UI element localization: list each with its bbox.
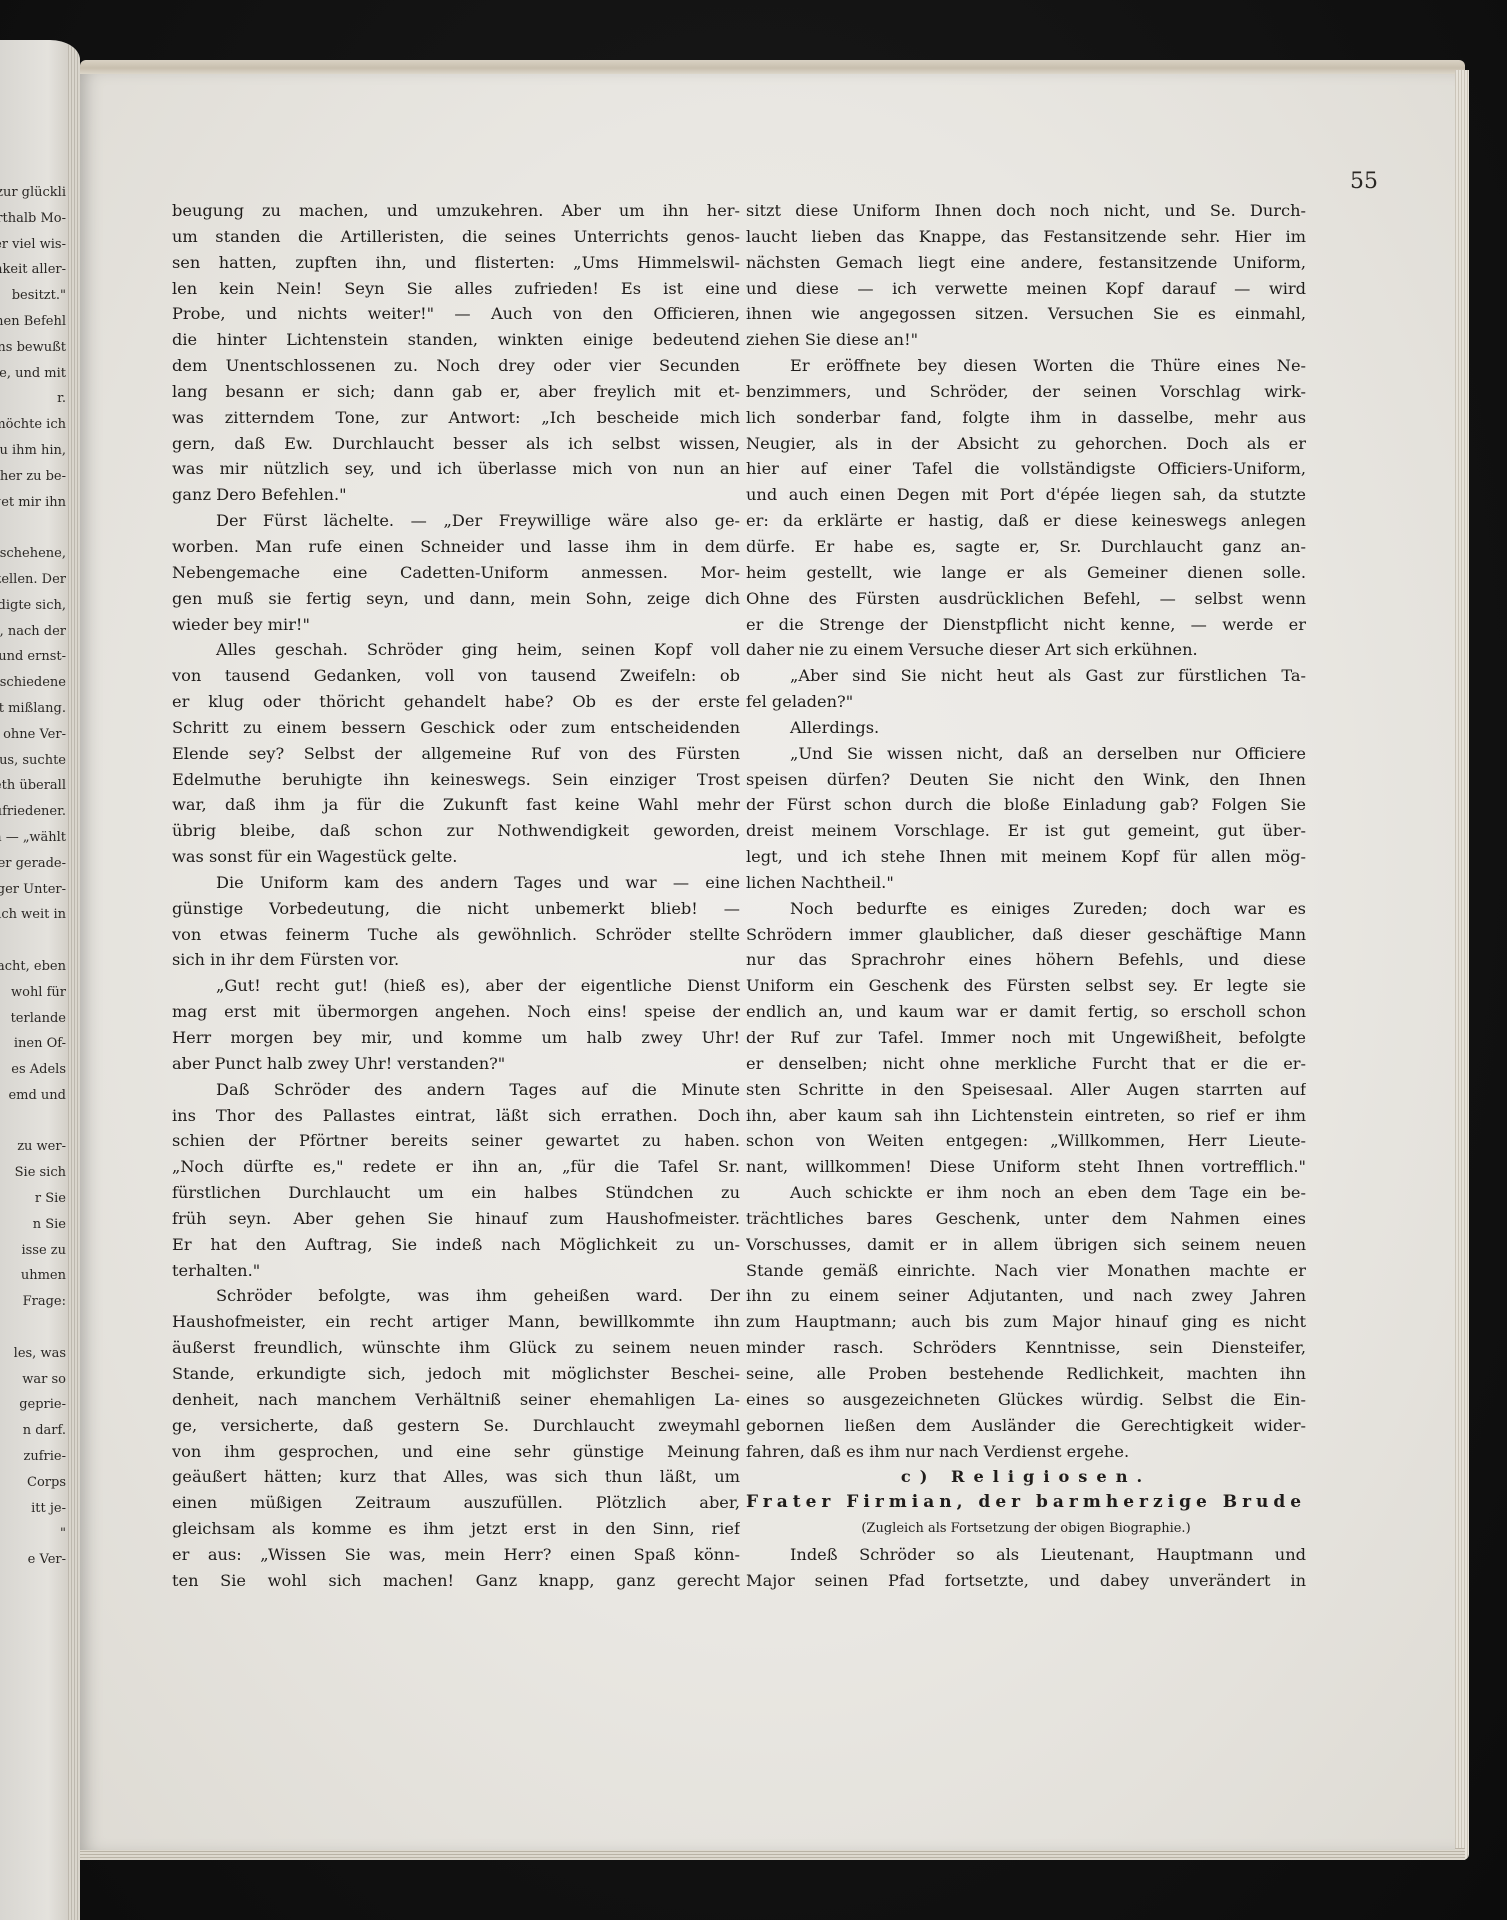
page-gutter-edge — [68, 40, 80, 1920]
text-line: er klug oder thöricht gehandelt habe? Ob… — [172, 689, 740, 715]
text-line: dreist meinem Vorschlage. Er ist gut gem… — [746, 818, 1306, 844]
fragment-line: terlande — [0, 1006, 66, 1032]
text-line: gen muß sie fertig seyn, und dann, mein … — [172, 586, 740, 612]
right-column-body: sitzt diese Uniform Ihnen doch noch nich… — [746, 198, 1306, 1464]
text-line: ziehen Sie diese an!" — [746, 327, 1306, 353]
text-line: die hinter Lichtenstein standen, winkten… — [172, 327, 740, 353]
text-line: legt, und ich stehe Ihnen mit meinem Kop… — [746, 844, 1306, 870]
fragment-line: lich weit in — [0, 902, 66, 928]
text-line: „Noch dürfte es," redete er ihn an, „für… — [172, 1154, 740, 1180]
text-line: fahren, daß es ihm nur nach Verdienst er… — [746, 1439, 1306, 1465]
text-line: ge, versicherte, daß gestern Se. Durchla… — [172, 1413, 740, 1439]
fragment-line: zu wer- — [0, 1134, 66, 1160]
fragment-line: ufriedener. — [0, 799, 66, 825]
fragment-line: get mir ihn — [0, 490, 66, 516]
fragment-line: inen Of- — [0, 1031, 66, 1057]
text-line: und auch einen Degen mit Port d'épée lie… — [746, 482, 1306, 508]
article-subtitle: (Zugleich als Fortsetzung der obigen Bio… — [746, 1516, 1306, 1542]
fragment-line: uhmen — [0, 1263, 66, 1289]
article-opening-lines: Indeß Schröder so als Lieutenant, Hauptm… — [746, 1542, 1306, 1594]
text-line: gern, daß Ew. Durchlaucht besser als ich… — [172, 431, 740, 457]
text-line: sitzt diese Uniform Ihnen doch noch nich… — [746, 198, 1306, 224]
text-line: günstige Vorbedeutung, die nicht unbemer… — [172, 896, 740, 922]
text-line: Neugier, als in der Absicht zu gehorchen… — [746, 431, 1306, 457]
text-line: war, daß ihm ja für die Zukunft fast kei… — [172, 792, 740, 818]
fragment-line: en, nach der — [0, 619, 66, 645]
text-line: Er eröffnete bey diesen Worten die Thüre… — [746, 353, 1306, 379]
text-line: endlich an, und kaum war er damit fertig… — [746, 999, 1306, 1025]
text-line: früh seyn. Aber gehen Sie hinauf zum Hau… — [172, 1206, 740, 1232]
fragment-line: eth überall — [0, 773, 66, 799]
fragment-line: ld und ernst- — [0, 644, 66, 670]
fragment-line — [0, 1109, 66, 1135]
text-line: fel geladen?" — [746, 689, 1306, 715]
text-line: speisen dürfen? Deuten Sie nicht den Win… — [746, 767, 1306, 793]
text-line: ihn, aber kaum sah ihn Lichtenstein eint… — [746, 1103, 1306, 1129]
text-line: worben. Man rufe einen Schneider und las… — [172, 534, 740, 560]
fragment-line: wohl für — [0, 980, 66, 1006]
text-line: Die Uniform kam des andern Tages und war… — [172, 870, 740, 896]
text-line: von ihm gesprochen, und eine sehr günsti… — [172, 1439, 740, 1465]
text-line: Er hat den Auftrag, Sie indeß nach Mögli… — [172, 1232, 740, 1258]
fragment-line: aus, suchte — [0, 748, 66, 774]
text-line: ins Thor des Pallastes eintrat, läßt sic… — [172, 1103, 740, 1129]
right-text-column: sitzt diese Uniform Ihnen doch noch nich… — [746, 198, 1306, 1594]
fragment-line: ustellen. Der — [0, 567, 66, 593]
text-line: trächtliches bares Geschenk, unter dem N… — [746, 1206, 1306, 1232]
text-line: heim gestellt, wie lange er als Gemeiner… — [746, 560, 1306, 586]
text-line: Daß Schröder des andern Tages auf die Mi… — [172, 1077, 740, 1103]
text-line: wieder bey mir!" — [172, 612, 740, 638]
text-line: Herr morgen bey mir, und komme um halb z… — [172, 1025, 740, 1051]
text-line: Uniform ein Geschenk des Fürsten selbst … — [746, 973, 1306, 999]
text-line: gleichsam als komme es ihm jetzt erst in… — [172, 1516, 740, 1542]
text-line: ihn zu einem seiner Adjutanten, und nach… — [746, 1283, 1306, 1309]
text-line: Ohne des Fürsten ausdrücklichen Befehl, … — [746, 586, 1306, 612]
text-line: hier auf einer Tafel die vollständigste … — [746, 456, 1306, 482]
text-line: ihnen wie angegossen sitzen. Versuchen S… — [746, 301, 1306, 327]
text-line: Allerdings. — [746, 715, 1306, 741]
text-line: übrig bleibe, daß schon zur Nothwendigke… — [172, 818, 740, 844]
text-line: Haushofmeister, ein recht artiger Mann, … — [172, 1309, 740, 1335]
text-line: ten Sie wohl sich machen! Ganz knapp, ga… — [172, 1568, 740, 1594]
text-line: ganz Dero Befehlen." — [172, 482, 740, 508]
fragment-line: war so — [0, 1367, 66, 1393]
text-line: was mir nützlich sey, und ich überlasse … — [172, 456, 740, 482]
text-line: äußerst freundlich, wünschte ihm Glück z… — [172, 1335, 740, 1361]
book-page: 55 beugung zu machen, und umzukehren. Ab… — [80, 74, 1455, 1850]
text-line: lichen Nachtheil." — [746, 870, 1306, 896]
previous-page-text-fragment: hr zur glücklinderthalb Mo-, der viel wi… — [0, 180, 66, 1573]
fragment-line: zufrie- — [0, 1444, 66, 1470]
text-line: geäußert hätten; kurz that Alles, was si… — [172, 1464, 740, 1490]
text-line: dürfe. Er habe es, sagte er, Sr. Durchla… — [746, 534, 1306, 560]
fragment-line: r. — [0, 386, 66, 412]
text-line: was zitterndem Tone, zur Antwort: „Ich b… — [172, 405, 740, 431]
text-line: Stande gemäß einrichte. Nach vier Monath… — [746, 1258, 1306, 1284]
text-line: dem Unentschlossenen zu. Noch drey oder … — [172, 353, 740, 379]
text-line: Edelmuthe beruhigte ihn keineswegs. Sein… — [172, 767, 740, 793]
text-line: Schröder befolgte, was ihm geheißen ward… — [172, 1283, 740, 1309]
previous-page-edge: hr zur glücklinderthalb Mo-, der viel wi… — [0, 40, 80, 1920]
text-line: aber Punct halb zwey Uhr! verstanden?" — [172, 1051, 740, 1077]
fragment-line: seinen Befehl — [0, 309, 66, 335]
text-line: eines so ausgezeichneten Glückes würdig.… — [746, 1387, 1306, 1413]
text-line: schien der Pförtner bereits seiner gewar… — [172, 1128, 740, 1154]
text-line: der Ruf zur Tafel. Immer noch mit Ungewi… — [746, 1025, 1306, 1051]
text-line: fürstlichen Durchlaucht um ein halbes St… — [172, 1180, 740, 1206]
fragment-line: Geschehene, — [0, 541, 66, 567]
text-line: benzimmers, und Schröder, der seinen Vor… — [746, 379, 1306, 405]
text-line: er die Strenge der Dienstpflicht nicht k… — [746, 612, 1306, 638]
fragment-line: undigte sich, — [0, 593, 66, 619]
fragment-line: e Ver- — [0, 1547, 66, 1573]
text-line: der Fürst schon durch die bloße Einladun… — [746, 792, 1306, 818]
fragment-line: nderthalb Mo- — [0, 206, 66, 232]
fragment-line: besitzt." — [0, 283, 66, 309]
text-line: Alles geschah. Schröder ging heim, seine… — [172, 637, 740, 663]
text-line: mag erst mit übermorgen angehen. Noch ei… — [172, 999, 740, 1025]
text-line: schon von Weiten entgegen: „Willkommen, … — [746, 1128, 1306, 1154]
fragment-line: verschiedene — [0, 670, 66, 696]
fragment-line: emd und — [0, 1083, 66, 1109]
text-line: von etwas feinerm Tuche als gewöhnlich. … — [172, 922, 740, 948]
text-line: Stande, erkundigte sich, jedoch mit mögl… — [172, 1361, 740, 1387]
fragment-line: es Adels — [0, 1057, 66, 1083]
text-line: zum Hauptmann; auch bis zum Major hinauf… — [746, 1309, 1306, 1335]
fragment-line: zu ihm hin, — [0, 438, 66, 464]
text-line: er denselben; nicht ohne merkliche Furch… — [746, 1051, 1306, 1077]
text-line: er: da erklärte er hastig, daß er diese … — [746, 508, 1306, 534]
text-line: von tausend Gedanken, voll von tausend Z… — [172, 663, 740, 689]
text-line: was sonst für ein Wagestück gelte. — [172, 844, 740, 870]
fragment-line: ohne Ver- — [0, 722, 66, 748]
text-line: „Und Sie wissen nicht, daß an derselben … — [746, 741, 1306, 767]
text-line: Schritt zu einem bessern Geschick oder z… — [172, 715, 740, 741]
text-line: Elende sey? Selbst der allgemeine Ruf vo… — [172, 741, 740, 767]
fragment-line: hr zur glückli — [0, 180, 66, 206]
fragment-line — [0, 1315, 66, 1341]
text-line: beugung zu machen, und umzukehren. Aber … — [172, 198, 740, 224]
text-line: Probe, und nichts weiter!" — Auch von de… — [172, 301, 740, 327]
fragment-line: isse zu — [0, 1238, 66, 1264]
fragment-line: ber gerade- — [0, 851, 66, 877]
fragment-line: n Sie — [0, 1212, 66, 1238]
page-stack-right-edge — [1455, 70, 1469, 1860]
text-line: daher nie zu einem Versuche dieser Art s… — [746, 637, 1306, 663]
fragment-line: ger Unter- — [0, 877, 66, 903]
fragment-line: Corps — [0, 1470, 66, 1496]
fragment-line: acht, eben — [0, 954, 66, 980]
text-line: nächsten Gemach liegt eine andere, festa… — [746, 250, 1306, 276]
fragment-line: Sie sich — [0, 1160, 66, 1186]
text-line: er aus: „Wissen Sie was, mein Herr? eine… — [172, 1542, 740, 1568]
text-line: „Aber sind Sie nicht heut als Gast zur f… — [746, 663, 1306, 689]
text-line: Indeß Schröder so als Lieutenant, Hauptm… — [746, 1542, 1306, 1568]
text-line: terhalten." — [172, 1258, 740, 1284]
text-line: gebornen ließen dem Ausländer die Gerech… — [746, 1413, 1306, 1439]
section-heading: c) Religiosen. — [746, 1464, 1306, 1490]
fragment-line: les, was — [0, 1341, 66, 1367]
fragment-line: Frage: — [0, 1289, 66, 1315]
text-line: Noch bedurfte es einiges Zureden; doch w… — [746, 896, 1306, 922]
page-number: 55 — [1350, 169, 1378, 194]
fragment-line: t mißlang. — [0, 696, 66, 722]
text-line: Der Fürst lächelte. — „Der Freywillige w… — [172, 508, 740, 534]
fragment-line — [0, 928, 66, 954]
text-line: nur das Sprachrohr eines höhern Befehls,… — [746, 947, 1306, 973]
fragment-line: ndlichkeit aller- — [0, 257, 66, 283]
fragment-line: n darf. — [0, 1418, 66, 1444]
fragment-line: r Sie — [0, 1186, 66, 1212]
text-line: seine, alle Proben bestehende Redlichkei… — [746, 1361, 1306, 1387]
text-line: minder rasch. Schröders Kenntnisse, sein… — [746, 1335, 1306, 1361]
fragment-line: h — „wählt — [0, 825, 66, 851]
text-line: lang besann er sich; dann gab er, aber f… — [172, 379, 740, 405]
fragment-line: uns bewußt — [0, 335, 66, 361]
text-line: Schrödern immer glaublicher, daß dieser … — [746, 922, 1306, 948]
text-line: Major seinen Pfad fortsetzte, und dabey … — [746, 1568, 1306, 1594]
text-line: len kein Nein! Seyn Sie alles zufrieden!… — [172, 276, 740, 302]
text-line: „Gut! recht gut! (hieß es), aber der eig… — [172, 973, 740, 999]
text-line: Auch schickte er ihm noch an eben dem Ta… — [746, 1180, 1306, 1206]
text-line: lich sonderbar fand, folgte ihm in dasse… — [746, 405, 1306, 431]
left-text-column: beugung zu machen, und umzukehren. Aber … — [172, 198, 740, 1594]
text-line: sen hatten, zupften ihn, und flisterten:… — [172, 250, 740, 276]
text-line: sten Schritte in den Speisesaal. Aller A… — [746, 1077, 1306, 1103]
fragment-line: , der viel wis- — [0, 232, 66, 258]
text-line: nant, willkommen! Diese Uniform steht Ih… — [746, 1154, 1306, 1180]
fragment-line — [0, 515, 66, 541]
text-line: sich in ihr dem Fürsten vor. — [172, 947, 740, 973]
fragment-line: ne, und mit — [0, 361, 66, 387]
text-line: und diese — ich verwette meinen Kopf dar… — [746, 276, 1306, 302]
fragment-line: itt je- — [0, 1496, 66, 1522]
text-line: um standen die Artilleristen, die seines… — [172, 224, 740, 250]
fragment-line: r her zu be- — [0, 464, 66, 490]
article-title: Frater Firmian, der barmherzige Bruder. — [746, 1490, 1306, 1516]
fragment-line: geprie- — [0, 1392, 66, 1418]
text-line: einen müßigen Zeitraum auszufüllen. Plöt… — [172, 1490, 740, 1516]
text-line: Vorschusses, damit er in allem übrigen s… — [746, 1232, 1306, 1258]
fragment-line: " — [0, 1521, 66, 1547]
text-line: laucht lieben das Knappe, das Festansitz… — [746, 224, 1306, 250]
fragment-line: rn möchte ich — [0, 412, 66, 438]
text-line: denheit, nach manchem Verhältniß seiner … — [172, 1387, 740, 1413]
text-line: Nebengemache eine Cadetten-Uniform anmes… — [172, 560, 740, 586]
